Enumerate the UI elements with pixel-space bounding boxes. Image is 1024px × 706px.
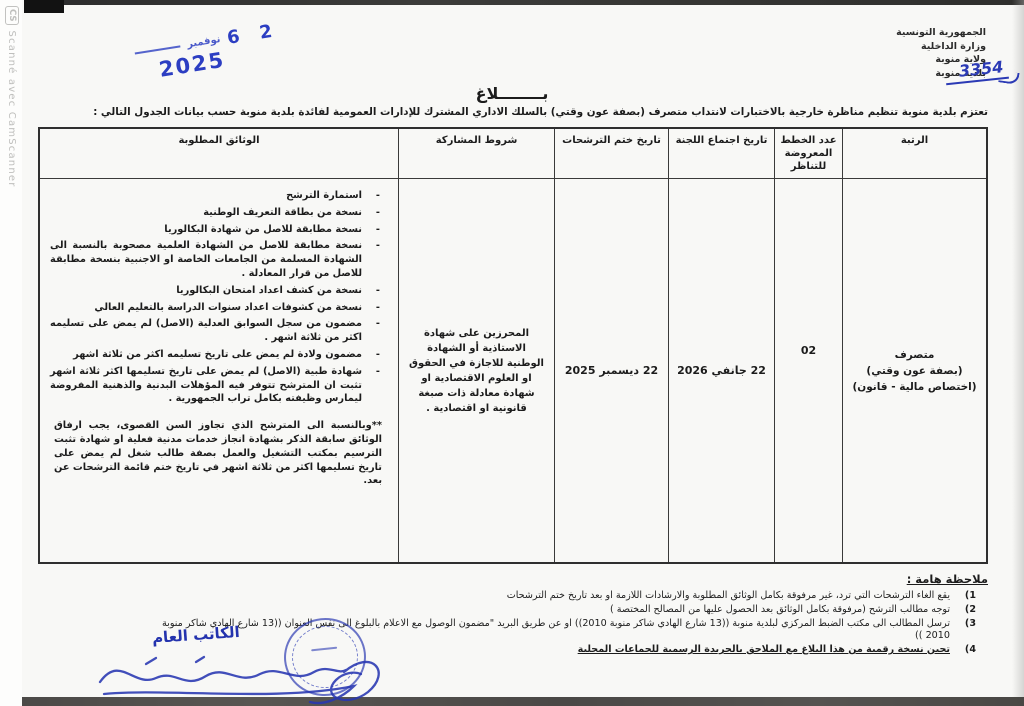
note-number: 3) bbox=[950, 618, 976, 644]
vacancy-table-header-cell: الوثائق المطلوبة bbox=[40, 129, 398, 179]
vacancy-table: الرتبةعدد الخطط المعروضة للتناظرتاريخ اج… bbox=[38, 127, 988, 564]
intro-after: بالسلك الاداري المشترك للإدارات العمومية… bbox=[93, 106, 550, 118]
document-item: نسخة من كشف اعداد امتحان البكالوريا bbox=[50, 284, 386, 298]
notes-heading: ملاحظة هامة : bbox=[30, 572, 988, 586]
cell-conditions: المحرزين على شهادة الاستاذية أو الشهادة … bbox=[398, 179, 554, 562]
vacancy-table-header-cell: تاريخ اجتماع اللجنة bbox=[668, 129, 774, 179]
document-item: مضمون من سجل السوابق العدلية (الاصل) لم … bbox=[50, 317, 386, 345]
note-item: 1) يقع الغاء الترشحات التي ترد، غير مرفو… bbox=[30, 590, 988, 603]
document-item: استمارة الترشح bbox=[50, 189, 386, 203]
agency-header-line: وزارة الداخلية bbox=[896, 40, 986, 54]
page-title: بــــــــلاغ bbox=[476, 84, 549, 103]
camscanner-watermark-strip: CS Scanné avec CamScanner bbox=[0, 0, 22, 706]
camscanner-watermark-text: Scanné avec CamScanner bbox=[7, 31, 18, 188]
intro-paragraph: تعتزم بلدية منوبة تنظيم مناظرة خارجية با… bbox=[30, 106, 988, 118]
documents-list: استمارة الترشحنسخة من بطاقة التعريف الوط… bbox=[50, 189, 386, 406]
scanned-announcement-page: CS Scanné avec CamScanner الجمهورية التو… bbox=[0, 0, 1024, 706]
rank-line: (بصفة عون وقتي) bbox=[866, 363, 962, 379]
vacancy-table-header-cell: الرتبة bbox=[842, 129, 986, 179]
note-number: 4) bbox=[950, 644, 976, 657]
vacancy-table-header-cell: شروط المشاركة bbox=[398, 129, 554, 179]
agency-header-line: الجمهورية التونسية bbox=[896, 26, 986, 40]
document-item: شهادة طبية (الاصل) لم يمض على تاريخ تسلي… bbox=[50, 365, 386, 406]
date-stamp-frame-line bbox=[135, 45, 181, 54]
document-item: نسخة مطابقة للاصل من الشهادة العلمية مصح… bbox=[50, 239, 386, 280]
handwritten-signature-icon bbox=[86, 636, 398, 706]
intro-bold-post: متصرف (بصفة عون وقتي) bbox=[551, 106, 688, 118]
rank-line: متصرف bbox=[895, 347, 935, 363]
note-text: يقع الغاء الترشحات التي ترد، غير مرفوقة … bbox=[30, 590, 950, 603]
cell-required-documents: استمارة الترشحنسخة من بطاقة التعريف الوط… bbox=[40, 179, 398, 562]
intro-before: تعتزم بلدية منوبة تنظيم مناظرة خارجية با… bbox=[688, 106, 988, 118]
scan-edge-top-mark bbox=[24, 0, 64, 13]
cell-closing-date: 22 ديسمبر 2025 bbox=[554, 179, 668, 562]
date-stamp-day: 2 6 bbox=[226, 20, 281, 49]
document-item: مضمون ولادة لم يمض على تاريخ تسليمه اكثر… bbox=[50, 348, 386, 362]
camscanner-logo-icon: CS bbox=[5, 6, 19, 25]
documents-extra-note: **وبالنسبة الى المترشح الذي تجاوز السن ا… bbox=[50, 419, 386, 488]
note-number: 2) bbox=[950, 604, 976, 617]
cell-positions-count: 02 bbox=[774, 179, 842, 562]
camscanner-watermark: CS Scanné avec CamScanner bbox=[5, 6, 19, 188]
scan-edge-right-shadow bbox=[1012, 0, 1024, 706]
note-item: 2) توجه مطالب الترشح (مرفوقة بكامل الوثا… bbox=[30, 604, 988, 617]
vacancy-table-header-cell: عدد الخطط المعروضة للتناظر bbox=[774, 129, 842, 179]
document-item: نسخة من كشوفات اعداد سنوات الدراسة بالتع… bbox=[50, 301, 386, 315]
rank-line: (اختصاص مالية - قانون) bbox=[852, 379, 976, 395]
date-stamp: 2 6 نوفمبر 2025 bbox=[70, 20, 284, 95]
note-number: 1) bbox=[950, 590, 976, 603]
cell-committee-date: 22 جانفي 2026 bbox=[668, 179, 774, 562]
vacancy-table-header-cell: تاريخ ختم الترشحات bbox=[554, 129, 668, 179]
note-text: توجه مطالب الترشح (مرفوقة بكامل الوثائق … bbox=[30, 604, 950, 617]
document-item: نسخة من بطاقة التعريف الوطنية bbox=[50, 206, 386, 220]
document-item: نسخة مطابقة للاصل من شهادة البكالوريا bbox=[50, 223, 386, 237]
cell-rank: متصرف(بصفة عون وقتي)(اختصاص مالية - قانو… bbox=[842, 179, 986, 562]
scan-edge-top-line bbox=[24, 0, 1024, 5]
